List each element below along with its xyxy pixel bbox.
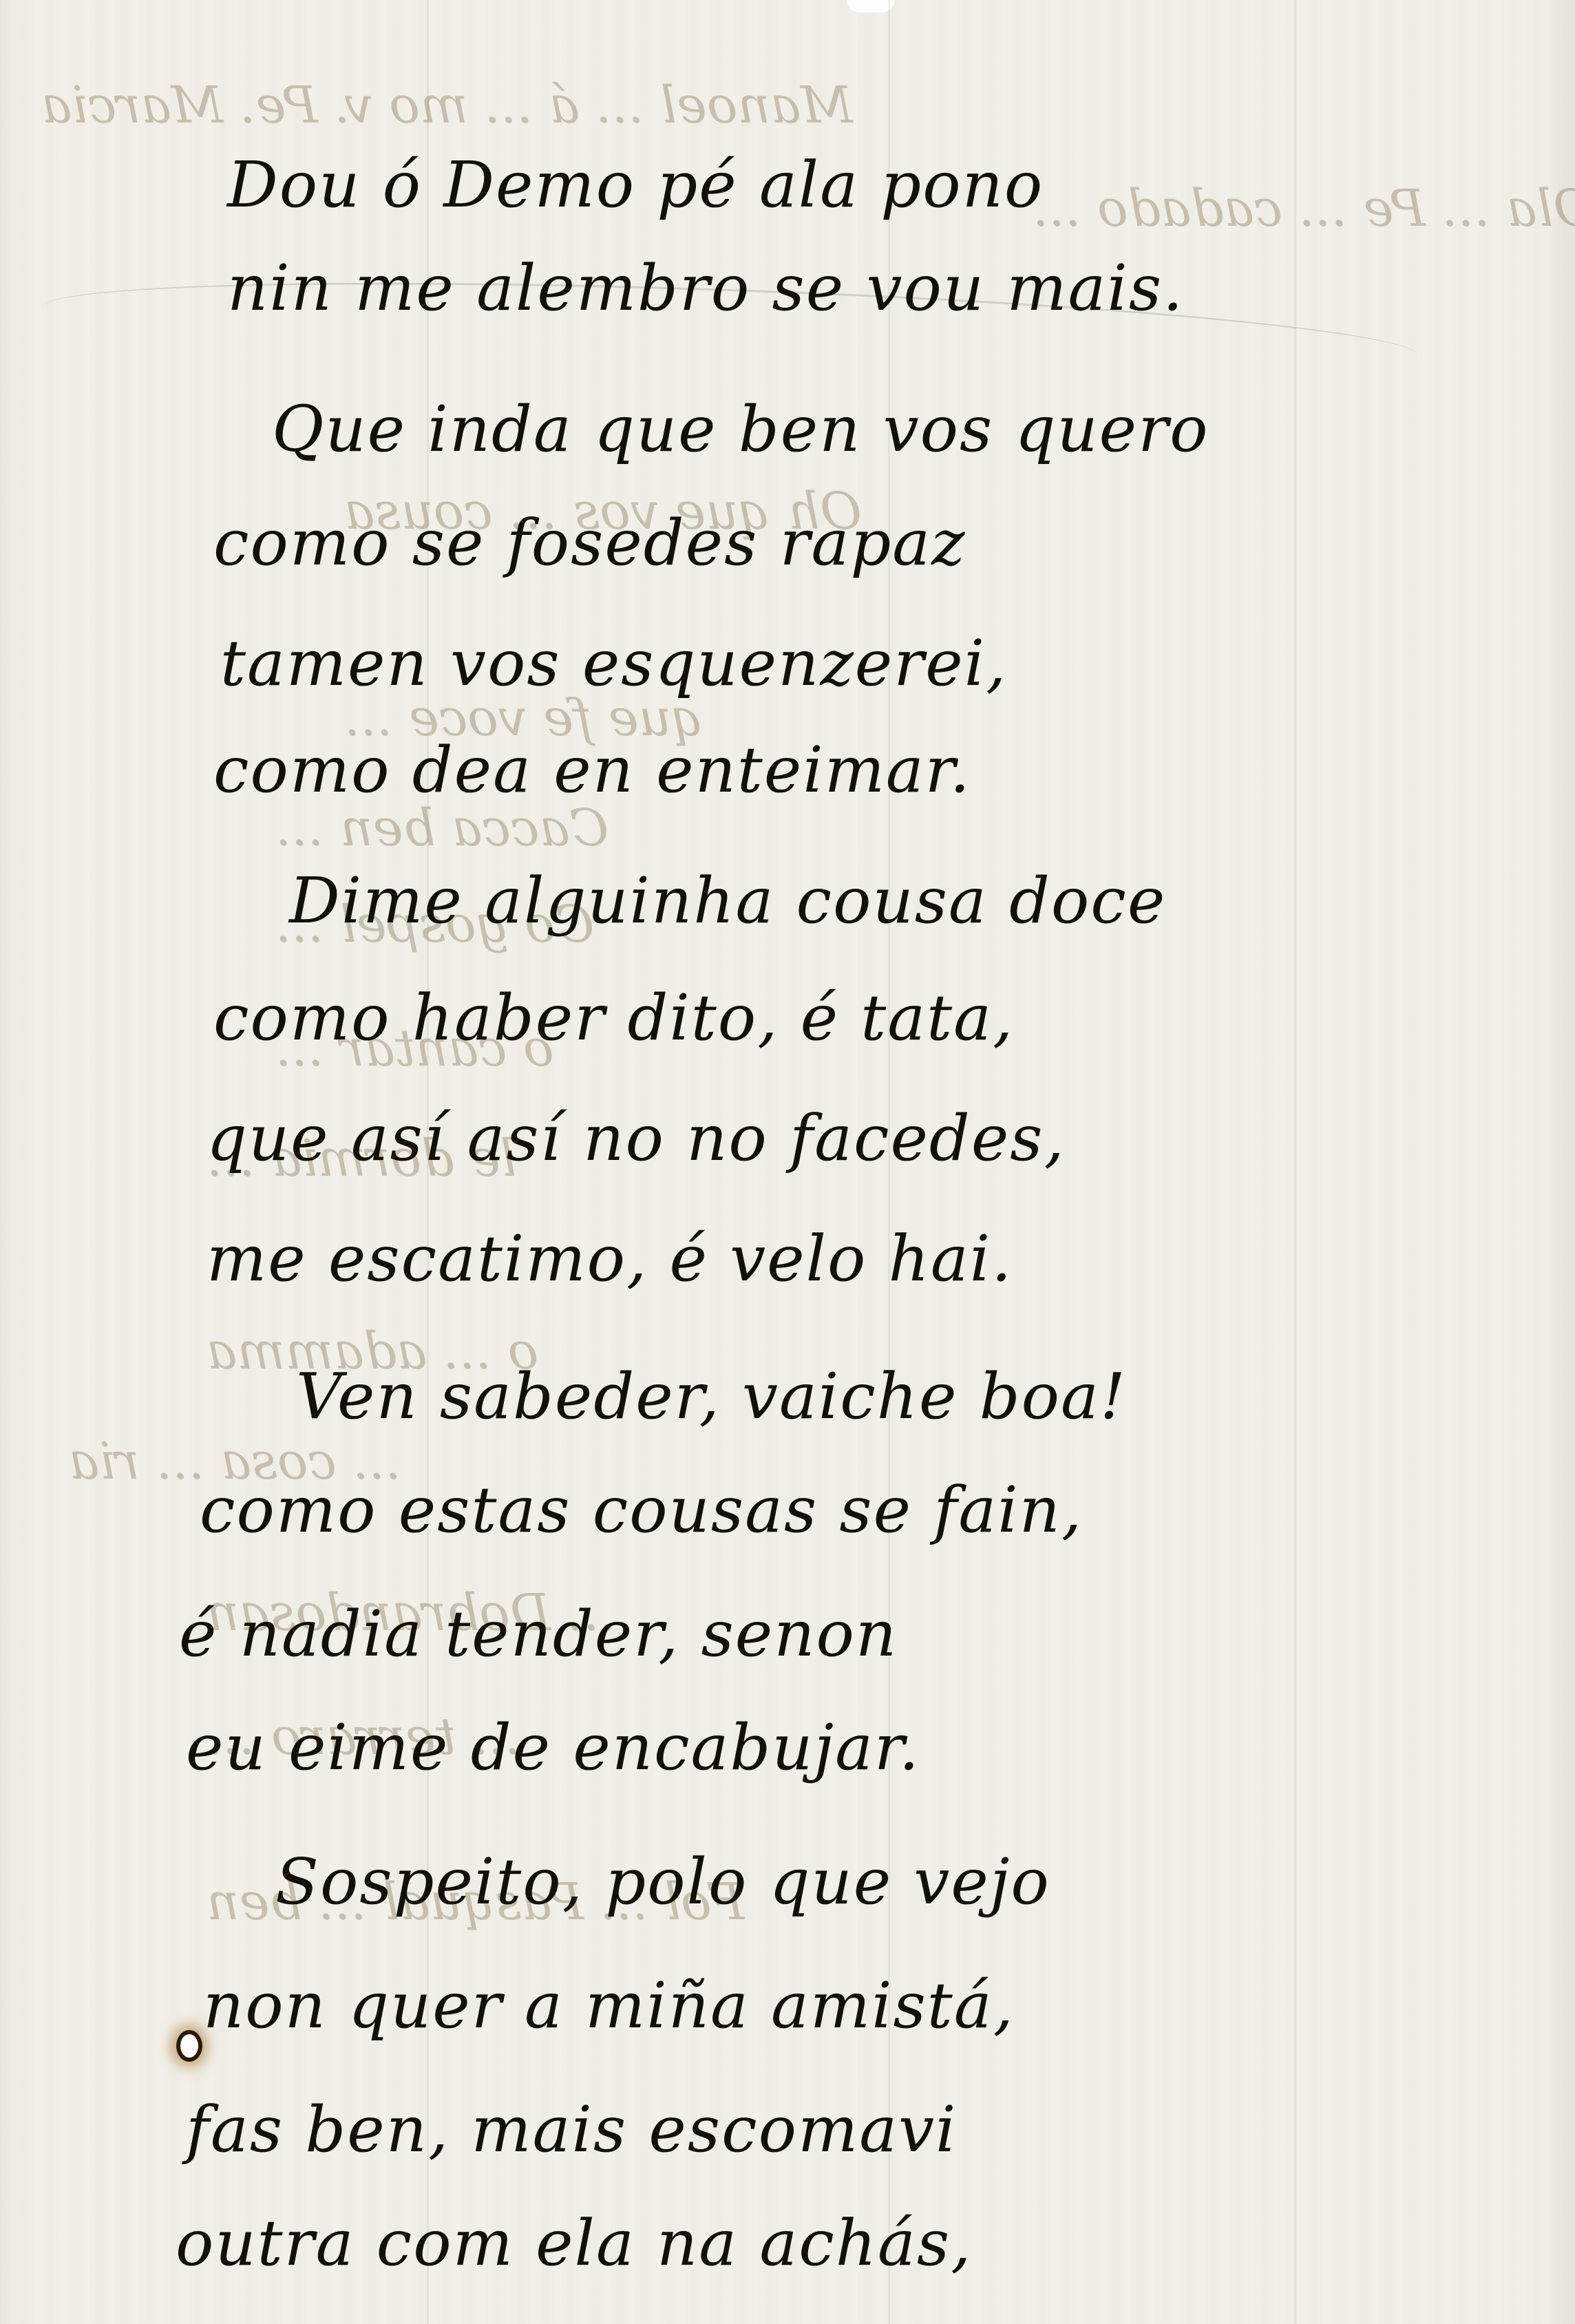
- verse-line: é nadia tender, senon: [179, 1597, 898, 1671]
- manuscript-page: Manoel ... á ... mo v. Pe. Marcia Ola ..…: [0, 0, 1575, 2324]
- verse-line: Dime alguinha cousa doce: [289, 864, 1166, 938]
- verse-line: eu eime de encabujar.: [186, 1711, 920, 1784]
- bleed-through-line: Cacca ben ...: [275, 799, 609, 858]
- burn-hole-mark: [180, 2034, 198, 2058]
- verse-line: non quer a miña amistá,: [203, 1969, 1015, 2042]
- bleed-through-line: Ola ... Pe ... cadado ...: [1033, 179, 1575, 238]
- verse-line: outra com ela na achás,: [176, 2206, 972, 2280]
- bleed-through-line: Manoel ... á ... mo v. Pe. Marcia: [41, 76, 853, 135]
- verse-line: nin me alembro se vou mais.: [227, 251, 1184, 325]
- verse-line: como haber dito, é tata,: [213, 981, 1014, 1055]
- verse-line: me escatimo, é velo hai.: [207, 1222, 1013, 1296]
- verse-line: Que inda que ben vos quero: [272, 392, 1209, 466]
- verse-line: tamen vos esquenzerei,: [220, 626, 1007, 700]
- verse-line: como estas cousas se fain,: [200, 1473, 1083, 1547]
- verse-line: como se fosedes rapaz: [213, 506, 966, 580]
- verse-line: que así así no no facedes,: [207, 1101, 1066, 1175]
- verse-line: Ven sabeder, vaiche boa!: [296, 1360, 1127, 1433]
- verse-line: Sospeito, polo que vejo: [275, 1845, 1050, 1919]
- verse-line: Dou ó Demo pé ala pono: [227, 148, 1044, 222]
- verse-line: como dea en enteimar.: [213, 733, 971, 807]
- verse-line: fas ben, mais escomavi: [186, 2093, 957, 2166]
